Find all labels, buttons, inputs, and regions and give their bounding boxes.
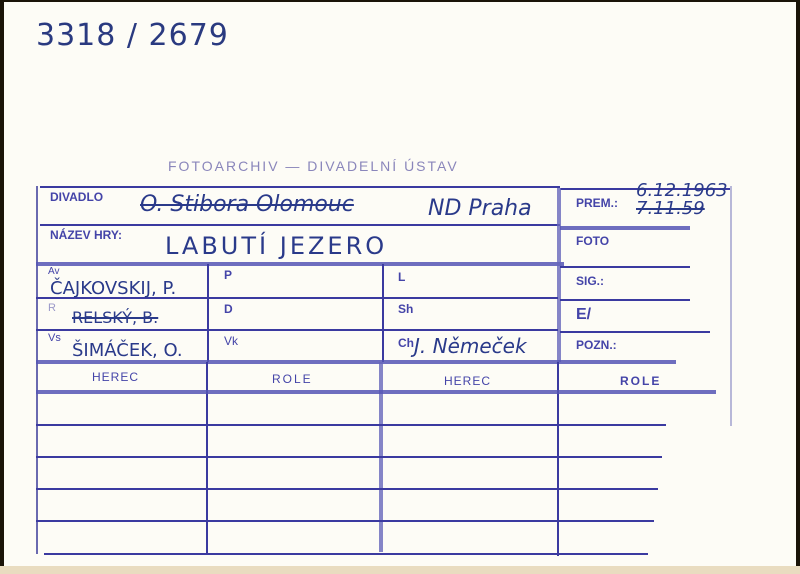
prem-struck-value: 7.11.59	[636, 198, 705, 219]
cast-top-rule	[36, 360, 676, 364]
sh-label: Sh	[398, 302, 413, 316]
cast-row-rule-2	[36, 456, 662, 458]
r-label: R	[48, 302, 56, 314]
credits-rule-2	[36, 329, 558, 331]
top-rule	[40, 186, 560, 188]
cast-header-herec-2: HEREC	[444, 374, 491, 388]
e-rule	[560, 331, 710, 333]
ch-value: J. Němeček	[414, 334, 527, 358]
ref-number: 3318 / 2679	[36, 18, 229, 53]
prem-label: PREM.:	[576, 196, 618, 210]
foto-rule	[560, 266, 690, 268]
divadlo-rule	[40, 224, 560, 226]
right-border	[730, 186, 732, 426]
vs-label: Vs	[48, 332, 61, 344]
sig-label: SIG.:	[576, 274, 604, 288]
card-edge	[0, 566, 800, 574]
cast-row-rule-4	[36, 520, 654, 522]
credits-divider-2	[382, 264, 384, 362]
cast-row-rule-3	[36, 488, 658, 490]
l-label: L	[398, 270, 405, 284]
av-value: ČAJKOVSKIJ, P.	[50, 278, 176, 299]
ch-label: Ch	[398, 336, 414, 350]
cast-header-role-2: ROLE	[620, 374, 661, 388]
divadlo-value: ND Praha	[428, 196, 532, 221]
right-column-divider	[557, 188, 561, 362]
cast-header-role-1: ROLE	[272, 372, 313, 386]
foto-label: FOTO	[576, 234, 609, 248]
vs-value: ŠIMÁČEK, O.	[72, 340, 183, 361]
pozn-label: POZN.:	[576, 338, 617, 352]
cast-header-herec-1: HEREC	[92, 370, 139, 384]
p-label: P	[224, 268, 232, 282]
nazev-hry-label: NÁZEV HRY:	[50, 228, 122, 242]
cast-row-rule-5	[44, 553, 648, 555]
prem-rule	[560, 226, 690, 230]
archive-header: FOTOARCHIV — DIVADELNÍ ÚSTAV	[168, 158, 459, 174]
cast-row-rule-1	[36, 424, 666, 426]
left-border	[36, 186, 38, 554]
r-struck-value: RELSKÝ, B.	[72, 308, 158, 327]
divadlo-label: DIVADLO	[50, 190, 103, 204]
e-label: E/	[576, 306, 591, 324]
sig-rule	[560, 299, 690, 301]
credits-divider-1	[207, 264, 209, 362]
divadlo-struck-value: O. Stibora Olomouc	[140, 192, 354, 217]
nazev-hry-value: LABUTÍ JEZERO	[165, 232, 387, 260]
av-label: Av	[48, 266, 60, 277]
section-rule	[36, 262, 564, 266]
vk-label: Vk	[224, 334, 238, 348]
cast-header-rule	[36, 390, 716, 394]
d-label: D	[224, 302, 233, 316]
